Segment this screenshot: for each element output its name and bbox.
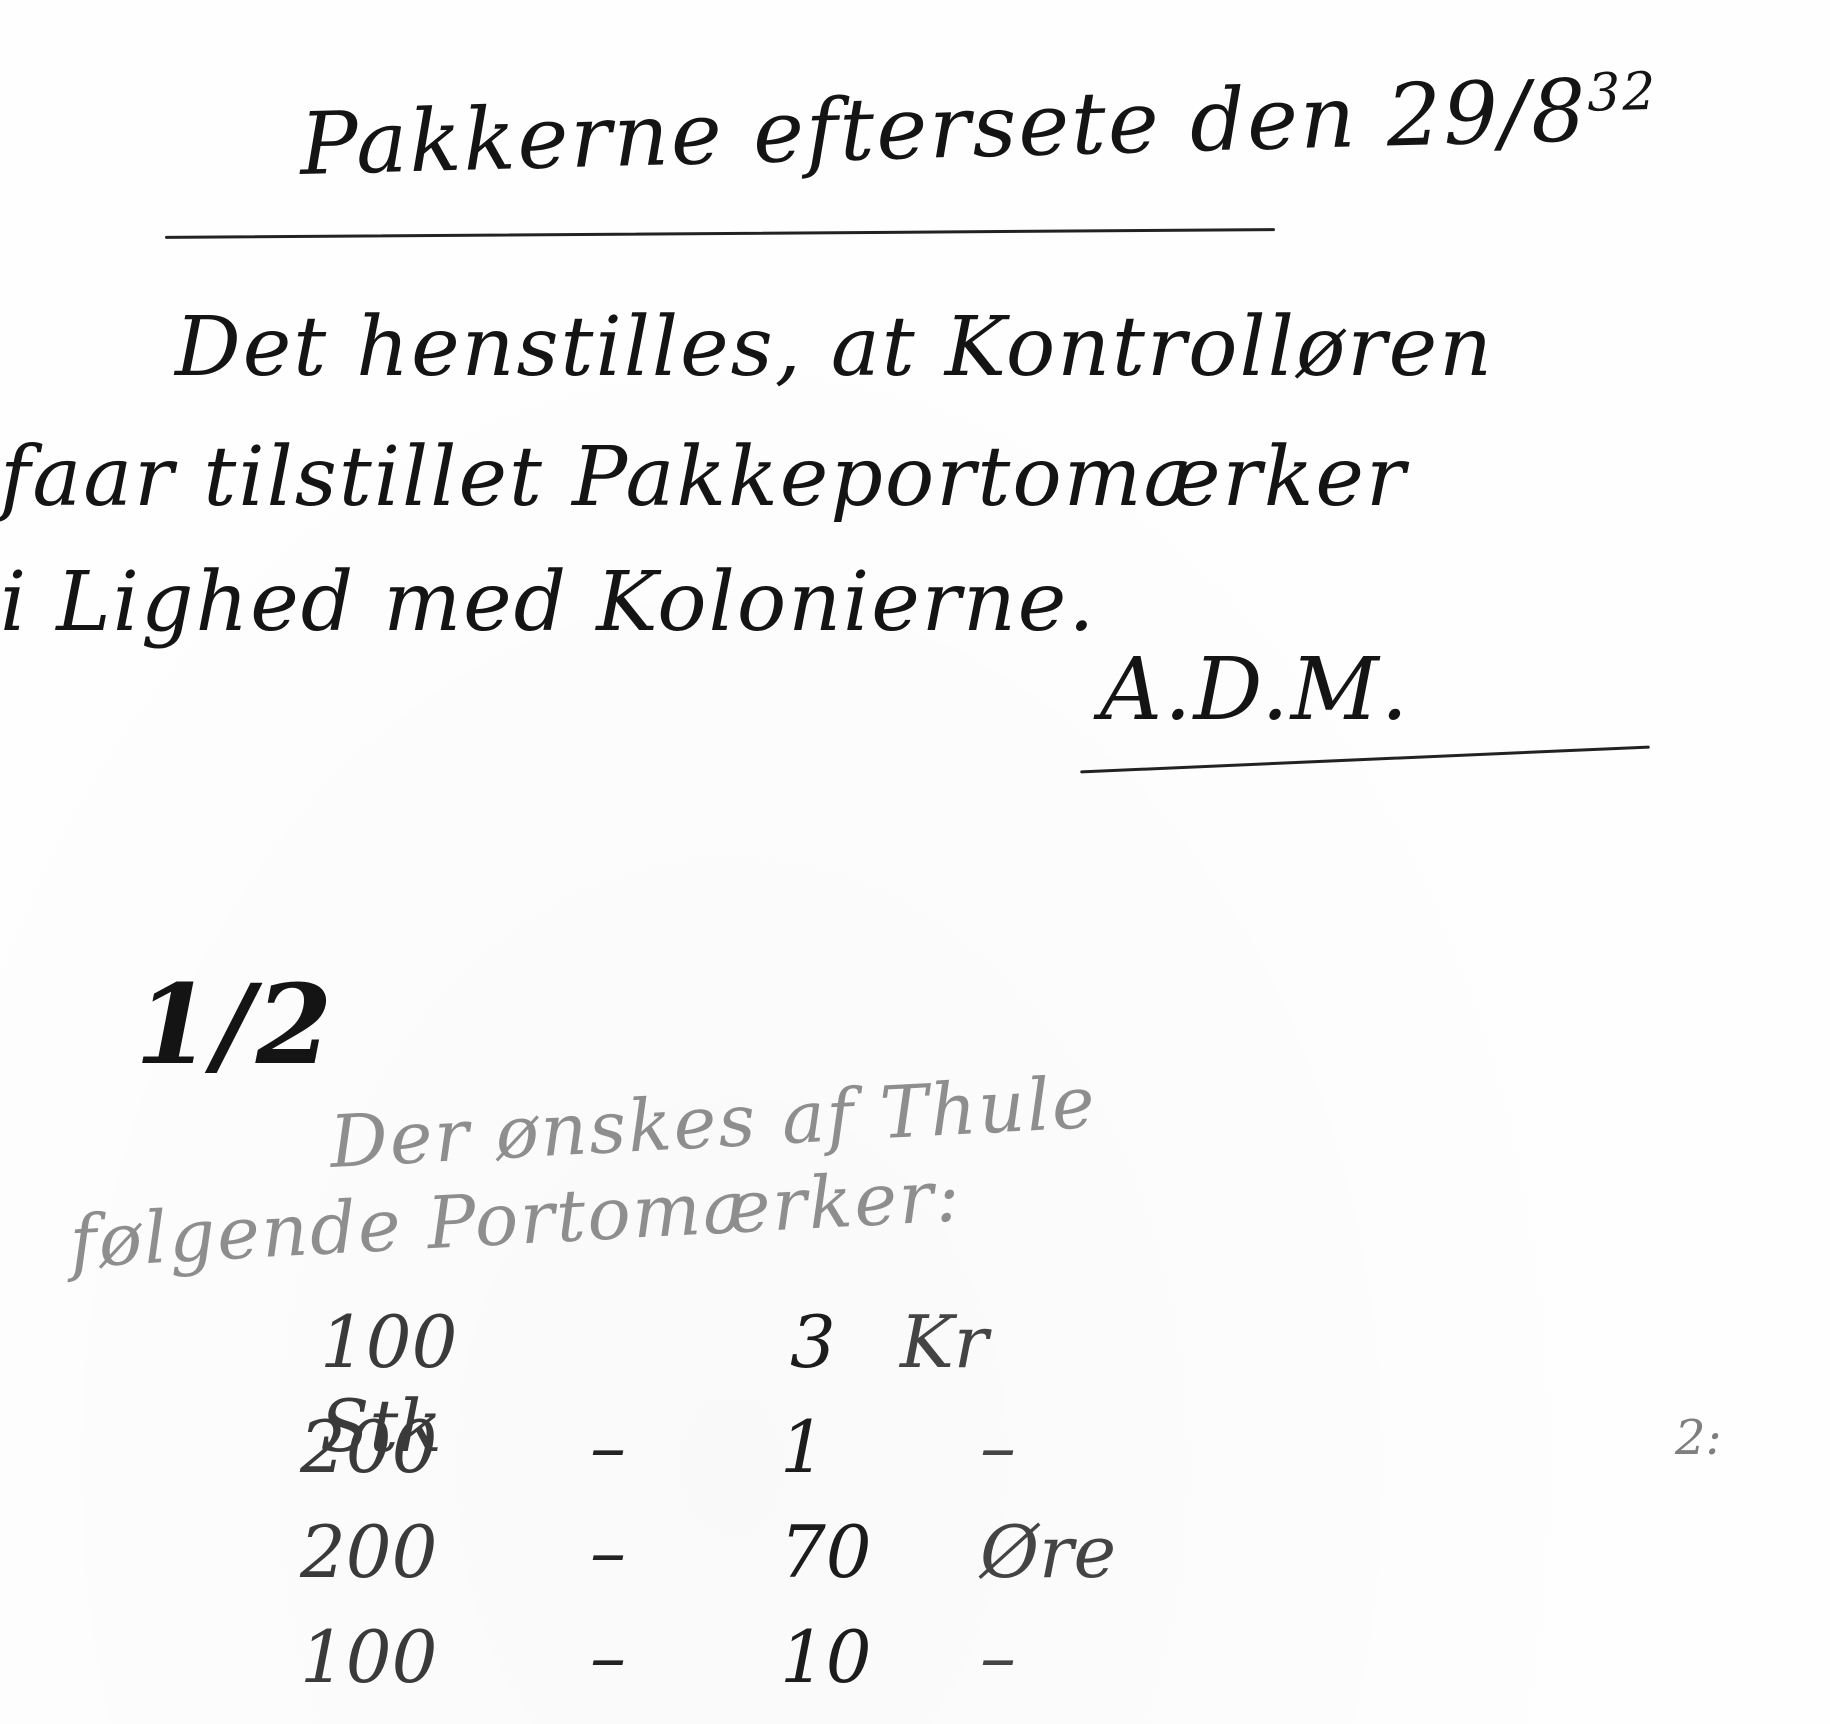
handwritten-document-page: Pakkerne eftersete den 29/832 Det hensti…	[0, 0, 1830, 1724]
list-item-qty: 100	[300, 1615, 500, 1699]
list-item-value: 10	[780, 1615, 872, 1699]
signature: A.D.M.	[1100, 640, 1410, 740]
list-item-value: 3	[790, 1300, 836, 1384]
signature-underline	[1080, 746, 1650, 774]
body-line-1: Det henstilles, at Kontrolløren	[175, 300, 1494, 395]
body-line-2: faar tilstillet Pakkeportomærker	[0, 430, 1407, 525]
list-item-value: 1	[780, 1405, 826, 1489]
list-item-dash: –	[590, 1615, 626, 1699]
list-item-dash: –	[590, 1405, 626, 1489]
list-item-qty: 200	[300, 1405, 500, 1489]
list-item-unit: Kr	[900, 1300, 988, 1384]
heading-date-year: 32	[1586, 62, 1658, 124]
side-mark: 2:	[1675, 1410, 1722, 1466]
list-item-dash: –	[590, 1510, 626, 1594]
list-item-qty: 200	[300, 1510, 500, 1594]
document-heading: Pakkerne eftersete den 29/832	[299, 59, 1659, 195]
heading-text: Pakkerne eftersete den 29/8	[299, 61, 1589, 195]
heading-underline	[165, 228, 1275, 239]
body-line-3: i Lighed med Kolonierne.	[0, 555, 1096, 650]
list-item-unit: Øre	[980, 1510, 1116, 1594]
list-item-unit: –	[980, 1405, 1016, 1489]
list-item-unit: –	[980, 1615, 1016, 1699]
list-item-value: 70	[780, 1510, 872, 1594]
margin-mark: 1/2	[135, 960, 334, 1089]
